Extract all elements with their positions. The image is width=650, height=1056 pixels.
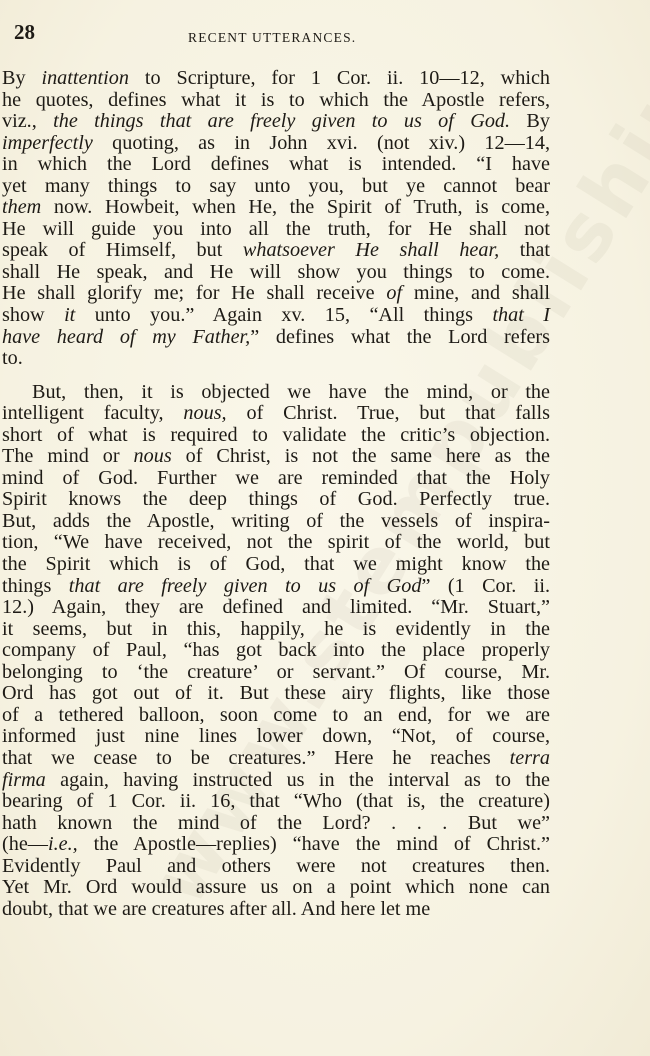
text-line: have heard of my Father,” defines what t… bbox=[2, 327, 550, 349]
text-line: 12.) Again, they are defined and limited… bbox=[2, 597, 550, 619]
text-line: short of what is required to validate th… bbox=[2, 425, 550, 447]
text-segment: it seems, but in this, happily, he is ev… bbox=[2, 618, 550, 640]
text-segment: By bbox=[510, 110, 550, 132]
text-line: But, adds the Apostle, writing of the ve… bbox=[2, 511, 550, 533]
text-segment: the Spirit which is of God, that we migh… bbox=[2, 553, 550, 575]
text-segment: Yet Mr. Ord would assure us on a point w… bbox=[2, 876, 550, 898]
text-segment: to Scripture, for 1 Cor. ii. 10—12, whic… bbox=[129, 67, 550, 89]
text-line: company of Paul, “has got back into the … bbox=[2, 640, 550, 662]
text-segment: show bbox=[2, 304, 64, 326]
text-segment: By bbox=[2, 67, 41, 89]
italic-text: it bbox=[64, 304, 75, 326]
text-line: show it unto you.” Again xv. 15, “All th… bbox=[2, 305, 550, 327]
paragraph: By inattention to Scripture, for 1 Cor. … bbox=[2, 68, 550, 370]
text-segment: Ord has got out of it. But these airy fl… bbox=[2, 682, 550, 704]
paragraph: But, then, it is objected we have the mi… bbox=[2, 382, 550, 921]
text-segment: that we cease to be creatures.” Here he … bbox=[2, 747, 510, 769]
text-segment: to. bbox=[2, 347, 23, 369]
page-number: 28 bbox=[14, 20, 35, 45]
text-line: Spirit knows the deep things of God. Per… bbox=[2, 489, 550, 511]
italic-text: nous bbox=[134, 445, 172, 467]
text-segment: The mind or bbox=[2, 445, 134, 467]
text-segment: But, then, it is objected we have the mi… bbox=[32, 381, 550, 403]
italic-text: firma bbox=[2, 769, 46, 791]
italic-text: i.e., bbox=[48, 833, 78, 855]
text-line: bearing of 1 Cor. ii. 16, that “Who (tha… bbox=[2, 791, 550, 813]
text-segment: bearing of 1 Cor. ii. 16, that “Who (tha… bbox=[2, 790, 550, 812]
text-segment: tion, “We have received, not the spirit … bbox=[2, 531, 550, 553]
text-segment: 12.) Again, they are defined and limited… bbox=[2, 596, 550, 618]
text-line: mind of God. Further we are reminded tha… bbox=[2, 468, 550, 490]
text-line: informed just nine lines lower down, “No… bbox=[2, 726, 550, 748]
text-segment: ” defines what the Lord refers bbox=[250, 326, 550, 348]
text-line: Evidently Paul and others were not creat… bbox=[2, 856, 550, 878]
running-title: RECENT UTTERANCES. bbox=[188, 30, 356, 46]
text-line: the Spirit which is of God, that we migh… bbox=[2, 554, 550, 576]
text-line: (he—i.e., the Apostle—replies) “have the… bbox=[2, 834, 550, 856]
text-segment: things bbox=[2, 575, 69, 597]
text-line: that we cease to be creatures.” Here he … bbox=[2, 748, 550, 770]
text-line: of a tethered balloon, soon come to an e… bbox=[2, 705, 550, 727]
text-line: speak of Himself, but whatsoever He shal… bbox=[2, 240, 550, 262]
italic-text: of bbox=[386, 282, 402, 304]
text-line: belonging to ‘the creature’ or servant.”… bbox=[2, 662, 550, 684]
text-line: Yet Mr. Ord would assure us on a point w… bbox=[2, 877, 550, 899]
text-line: But, then, it is objected we have the mi… bbox=[2, 382, 550, 404]
text-line: By inattention to Scripture, for 1 Cor. … bbox=[2, 68, 550, 90]
text-line: intelligent faculty, nous, of Christ. Tr… bbox=[2, 403, 550, 425]
text-line: tion, “We have received, not the spirit … bbox=[2, 532, 550, 554]
italic-text: that I bbox=[492, 304, 550, 326]
text-segment: again, having instructed us in the inter… bbox=[46, 769, 550, 791]
text-segment: He shall glorify me; for He shall receiv… bbox=[2, 282, 386, 304]
text-segment: of Christ, is not the same here as the bbox=[172, 445, 550, 467]
text-line: The mind or nous of Christ, is not the s… bbox=[2, 446, 550, 468]
text-line: He shall glorify me; for He shall receiv… bbox=[2, 283, 550, 305]
text-line: it seems, but in this, happily, he is ev… bbox=[2, 619, 550, 641]
text-line: Ord has got out of it. But these airy fl… bbox=[2, 683, 550, 705]
text-segment: hath known the mind of the Lord? . . . B… bbox=[2, 812, 550, 834]
text-segment: mine, and shall bbox=[402, 282, 550, 304]
text-line: things that are freely given to us of Go… bbox=[2, 576, 550, 598]
text-line: in which the Lord defines what is intend… bbox=[2, 154, 550, 176]
text-line: to. bbox=[2, 348, 550, 370]
italic-text: inattention bbox=[41, 67, 128, 89]
text-segment: in which the Lord defines what is intend… bbox=[2, 153, 550, 175]
italic-text: that are freely given to us of God bbox=[69, 575, 422, 597]
italic-text: them bbox=[2, 196, 41, 218]
page-header: 28 RECENT UTTERANCES. bbox=[14, 20, 574, 44]
italic-text: terra bbox=[510, 747, 550, 769]
text-segment: unto you.” Again xv. 15, “All things bbox=[75, 304, 492, 326]
italic-text: nous, bbox=[183, 402, 226, 424]
text-line: doubt, that we are creatures after all. … bbox=[2, 899, 550, 921]
text-segment: he quotes, defines what it is to which t… bbox=[2, 89, 550, 111]
text-segment: informed just nine lines lower down, “No… bbox=[2, 725, 550, 747]
text-segment: short of what is required to validate th… bbox=[2, 424, 550, 446]
text-line: imperfectly quoting, as in John xvi. (no… bbox=[2, 133, 550, 155]
text-line: shall He speak, and He will show you thi… bbox=[2, 262, 550, 284]
italic-text: the things that are freely given to us o… bbox=[53, 110, 510, 132]
text-segment: speak of Himself, but bbox=[2, 239, 243, 261]
book-page: www.stempublishing.org 28 RECENT UTTERAN… bbox=[0, 0, 650, 1056]
text-segment: that bbox=[499, 239, 550, 261]
text-line: firma again, having instructed us in the… bbox=[2, 770, 550, 792]
text-line: yet many things to say unto you, but ye … bbox=[2, 176, 550, 198]
text-segment: ” (1 Cor. ii. bbox=[421, 575, 550, 597]
text-segment: shall He speak, and He will show you thi… bbox=[2, 261, 550, 283]
text-segment: viz., bbox=[2, 110, 53, 132]
text-segment: of Christ. True, but that falls bbox=[227, 402, 550, 424]
text-segment: Spirit knows the deep things of God. Per… bbox=[2, 488, 550, 510]
text-segment: company of Paul, “has got back into the … bbox=[2, 639, 550, 661]
text-segment: belonging to ‘the creature’ or servant.”… bbox=[2, 661, 550, 683]
italic-text: have heard of my Father, bbox=[2, 326, 250, 348]
text-segment: Evidently Paul and others were not creat… bbox=[2, 855, 550, 877]
text-segment: (he— bbox=[2, 833, 48, 855]
text-segment: doubt, that we are creatures after all. … bbox=[2, 898, 430, 920]
text-segment: now. Howbeit, when He, the Spirit of Tru… bbox=[41, 196, 550, 218]
text-segment: yet many things to say unto you, but ye … bbox=[2, 175, 550, 197]
text-segment: of a tethered balloon, soon come to an e… bbox=[2, 704, 550, 726]
text-line: viz., the things that are freely given t… bbox=[2, 111, 550, 133]
text-line: He will guide you into all the truth, fo… bbox=[2, 219, 550, 241]
body-text: By inattention to Scripture, for 1 Cor. … bbox=[2, 68, 550, 920]
text-segment: He will guide you into all the truth, fo… bbox=[2, 218, 550, 240]
text-segment: quoting, as in John xvi. (not xiv.) 12—1… bbox=[93, 132, 550, 154]
text-segment: intelligent faculty, bbox=[2, 402, 183, 424]
text-line: he quotes, defines what it is to which t… bbox=[2, 90, 550, 112]
italic-text: whatsoever He shall hear, bbox=[243, 239, 499, 261]
text-segment: the Apostle—replies) “have the mind of C… bbox=[78, 833, 550, 855]
italic-text: imperfectly bbox=[2, 132, 93, 154]
text-line: them now. Howbeit, when He, the Spirit o… bbox=[2, 197, 550, 219]
text-line: hath known the mind of the Lord? . . . B… bbox=[2, 813, 550, 835]
text-segment: mind of God. Further we are reminded tha… bbox=[2, 467, 550, 489]
text-segment: But, adds the Apostle, writing of the ve… bbox=[2, 510, 550, 532]
